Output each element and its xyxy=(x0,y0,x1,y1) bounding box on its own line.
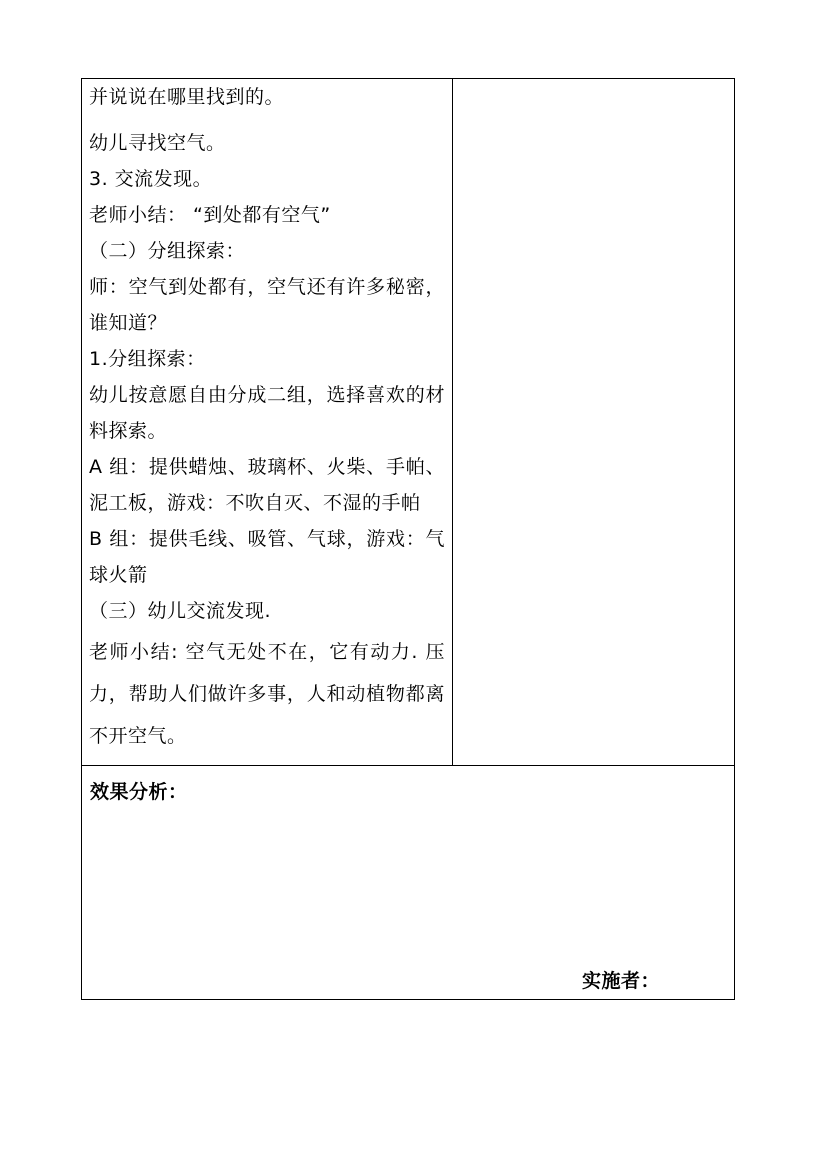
lesson-process-cell: 并说说在哪里找到的。 幼儿寻找空气。 3. 交流发现。 老师小结： “到处都有空… xyxy=(82,79,453,765)
document-page: 并说说在哪里找到的。 幼儿寻找空气。 3. 交流发现。 老师小结： “到处都有空… xyxy=(0,0,827,1170)
lesson-paragraph: 幼儿寻找空气。 xyxy=(89,125,445,161)
lesson-paragraph: （二）分组探索： xyxy=(89,233,445,269)
lesson-plan-table: 并说说在哪里找到的。 幼儿寻找空气。 3. 交流发现。 老师小结： “到处都有空… xyxy=(81,78,735,1000)
effect-analysis-row: 效果分析： 实施者： xyxy=(82,765,734,999)
lesson-paragraph: 3. 交流发现。 xyxy=(89,161,445,197)
lesson-paragraph: 老师小结： “到处都有空气” xyxy=(89,197,445,233)
implementer-label: 实施者： xyxy=(582,966,660,993)
lesson-paragraph: 幼儿按意愿自由分成二组，选择喜欢的材料探索。 xyxy=(89,377,445,449)
lesson-paragraph: A 组：提供蜡烛、玻璃杯、火柴、手帕、泥工板，游戏：不吹自灭、不湿的手帕 xyxy=(89,449,445,521)
lesson-paragraph: 并说说在哪里找到的。 xyxy=(89,79,445,115)
lesson-paragraph: （三）幼儿交流发现. xyxy=(89,593,445,629)
empty-notes-cell xyxy=(453,79,734,765)
effect-analysis-label: 效果分析： xyxy=(82,766,734,804)
lesson-process-row: 并说说在哪里找到的。 幼儿寻找空气。 3. 交流发现。 老师小结： “到处都有空… xyxy=(82,79,734,765)
lesson-paragraph: 1.分组探索： xyxy=(89,341,445,377)
lesson-paragraph: 师：空气到处都有，空气还有许多秘密，谁知道？ xyxy=(89,269,445,341)
lesson-paragraph: B 组：提供毛线、吸管、气球，游戏：气球火箭 xyxy=(89,521,445,593)
lesson-paragraph: 老师小结: 空气无处不在，它有动力. 压力，帮助人们做许多事，人和动植物都离不开… xyxy=(89,631,445,757)
